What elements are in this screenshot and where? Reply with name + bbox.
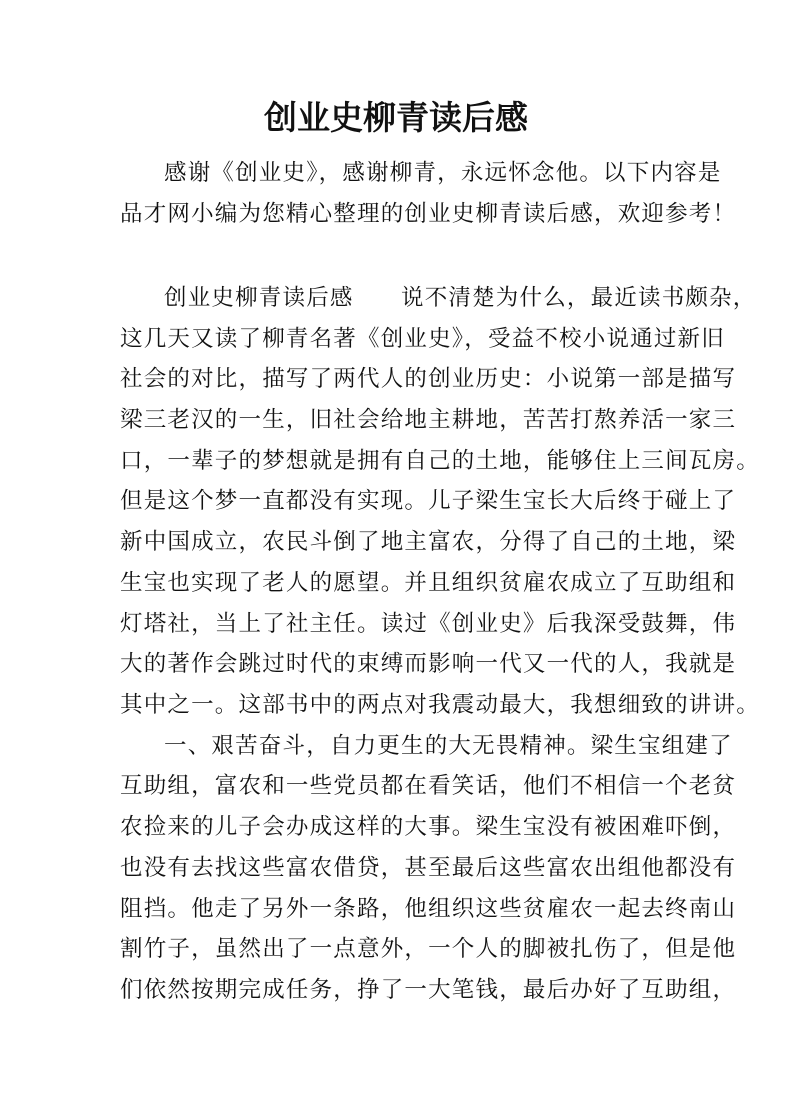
text-line: 割竹子，虽然出了一点意外，一个人的脚被扎伤了，但是他 xyxy=(120,934,676,964)
text-line: 农捡来的儿子会办成这样的大事。梁生宝没有被困难吓倒， xyxy=(120,812,676,842)
text-line: 也没有去找这些富农借贷，甚至最后这些富农出组他都没有 xyxy=(120,853,676,883)
text-line: 其中之一。这部书中的两点对我震动最大，我想细致的讲讲。 xyxy=(120,690,676,720)
text-line: 品才网小编为您精心整理的创业史柳青读后感，欢迎参考！ xyxy=(120,199,676,229)
text-line: 梁三老汉的一生，旧社会给地主耕地，苦苦打熬养活一家三 xyxy=(120,405,676,435)
text-line: 创业史柳青读后感 说不清楚为什么，最近读书颇杂， xyxy=(164,283,676,313)
text-line: 生宝也实现了老人的愿望。并且组织贫雇农成立了互助组和 xyxy=(120,568,676,598)
text-line: 一、艰苦奋斗，自力更生的大无畏精神。梁生宝组建了 xyxy=(164,731,676,761)
document-page: 创业史柳青读后感 感谢《创业史》，感谢柳青，永远怀念他。以下内容是品才网小编为您… xyxy=(0,0,792,1120)
text-line: 新中国成立，农民斗倒了地主富农，分得了自己的土地，梁 xyxy=(120,527,676,557)
text-line: 灯塔社，当上了社主任。读过《创业史》后我深受鼓舞，伟 xyxy=(120,609,676,639)
text-line: 大的著作会跳过时代的束缚而影响一代又一代的人，我就是 xyxy=(120,649,676,679)
text-line: 互助组，富农和一些党员都在看笑话，他们不相信一个老贫 xyxy=(120,771,676,801)
text-line: 感谢《创业史》，感谢柳青，永远怀念他。以下内容是 xyxy=(164,158,676,188)
document-title: 创业史柳青读后感 xyxy=(0,96,792,140)
text-line: 这几天又读了柳青名著《创业史》，受益不校小说通过新旧 xyxy=(120,324,676,354)
text-line: 但是这个梦一直都没有实现。儿子梁生宝长大后终于碰上了 xyxy=(120,486,676,516)
text-line: 社会的对比，描写了两代人的创业历史：小说第一部是描写 xyxy=(120,364,676,394)
text-line: 们依然按期完成任务，挣了一大笔钱，最后办好了互助组， xyxy=(120,975,676,1005)
text-line: 口，一辈子的梦想就是拥有自己的土地，能够住上三间瓦房。 xyxy=(120,446,676,476)
text-line: 阻挡。他走了另外一条路，他组织这些贫雇农一起去终南山 xyxy=(120,894,676,924)
